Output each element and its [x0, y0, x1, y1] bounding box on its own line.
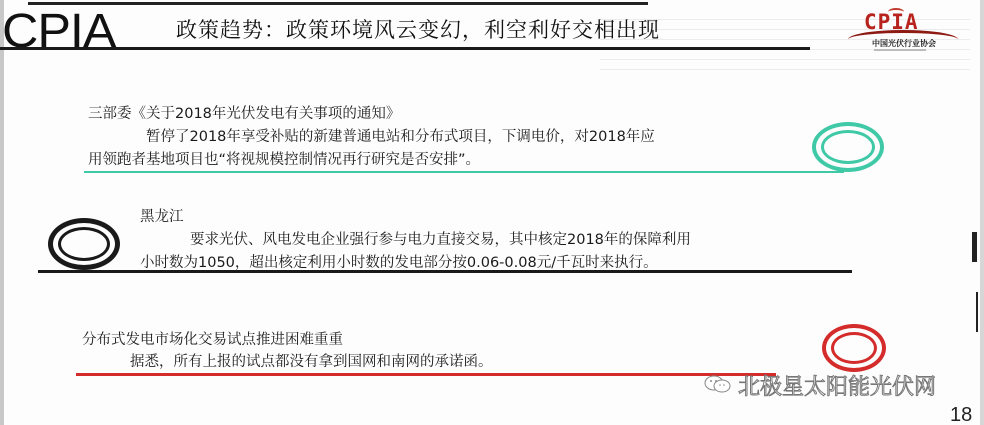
org-name: 中国光伏行业协会: [872, 38, 936, 49]
section-body-line: 用领跑者基地项目也“将视规模控制情况再行研究是否安排”。: [88, 150, 655, 170]
section-heading: 黑龙江: [140, 207, 691, 227]
org-english-name: [874, 49, 926, 51]
edge-mark: [972, 232, 977, 262]
page-number: 18: [950, 404, 972, 425]
top-rule: [28, 2, 648, 5]
section-three-ministries: 三部委《关于2018年光伏发电有关事项的通知》 暂停了2018年享受补贴的新建普…: [88, 104, 655, 170]
section-heading: 三部委《关于2018年光伏发电有关事项的通知》: [88, 104, 655, 124]
section-underline-teal: [84, 171, 844, 173]
edge-mark: [976, 292, 978, 332]
teal-ring-icon: [812, 122, 884, 172]
cpia-logo-right: CPIA 中国光伏行业协会: [848, 8, 958, 56]
section-body-line: 暂停了2018年享受补贴的新建普通电站和分布式项目，下调电价，对2018年应: [88, 127, 655, 147]
section-body-line: 据悉，所有上报的试点都没有拿到国网和南网的承诺函。: [82, 352, 493, 372]
left-border: [0, 0, 4, 425]
red-ring-icon: [822, 324, 886, 372]
right-border: [980, 0, 984, 425]
slide: CPIA 政策趋势：政策环境风云变幻，利空利好交相出现 CPIA 中国光伏行业协…: [0, 0, 984, 425]
section-underline-red: [76, 373, 776, 376]
section-distributed-trading: 分布式发电市场化交易试点推进困难重重 据悉，所有上报的试点都没有拿到国网和南网的…: [82, 330, 493, 372]
wechat-icon: [704, 374, 732, 394]
page-title: 政策趋势：政策环境风云变幻，利空利好交相出现: [176, 16, 660, 44]
watermark: 北极星太阳能光伏网: [738, 370, 936, 401]
section-heilongjiang: 黑龙江 要求光伏、风电发电企业强行参与电力直接交易，其中核定2018年的保障利用…: [140, 207, 691, 273]
black-ring-icon: [48, 218, 120, 270]
section-body-line: 要求光伏、风电发电企业强行参与电力直接交易，其中核定2018年的保障利用: [140, 230, 691, 250]
section-heading: 分布式发电市场化交易试点推进困难重重: [82, 330, 493, 350]
title-underline: [0, 47, 810, 50]
section-underline-black: [38, 270, 852, 273]
